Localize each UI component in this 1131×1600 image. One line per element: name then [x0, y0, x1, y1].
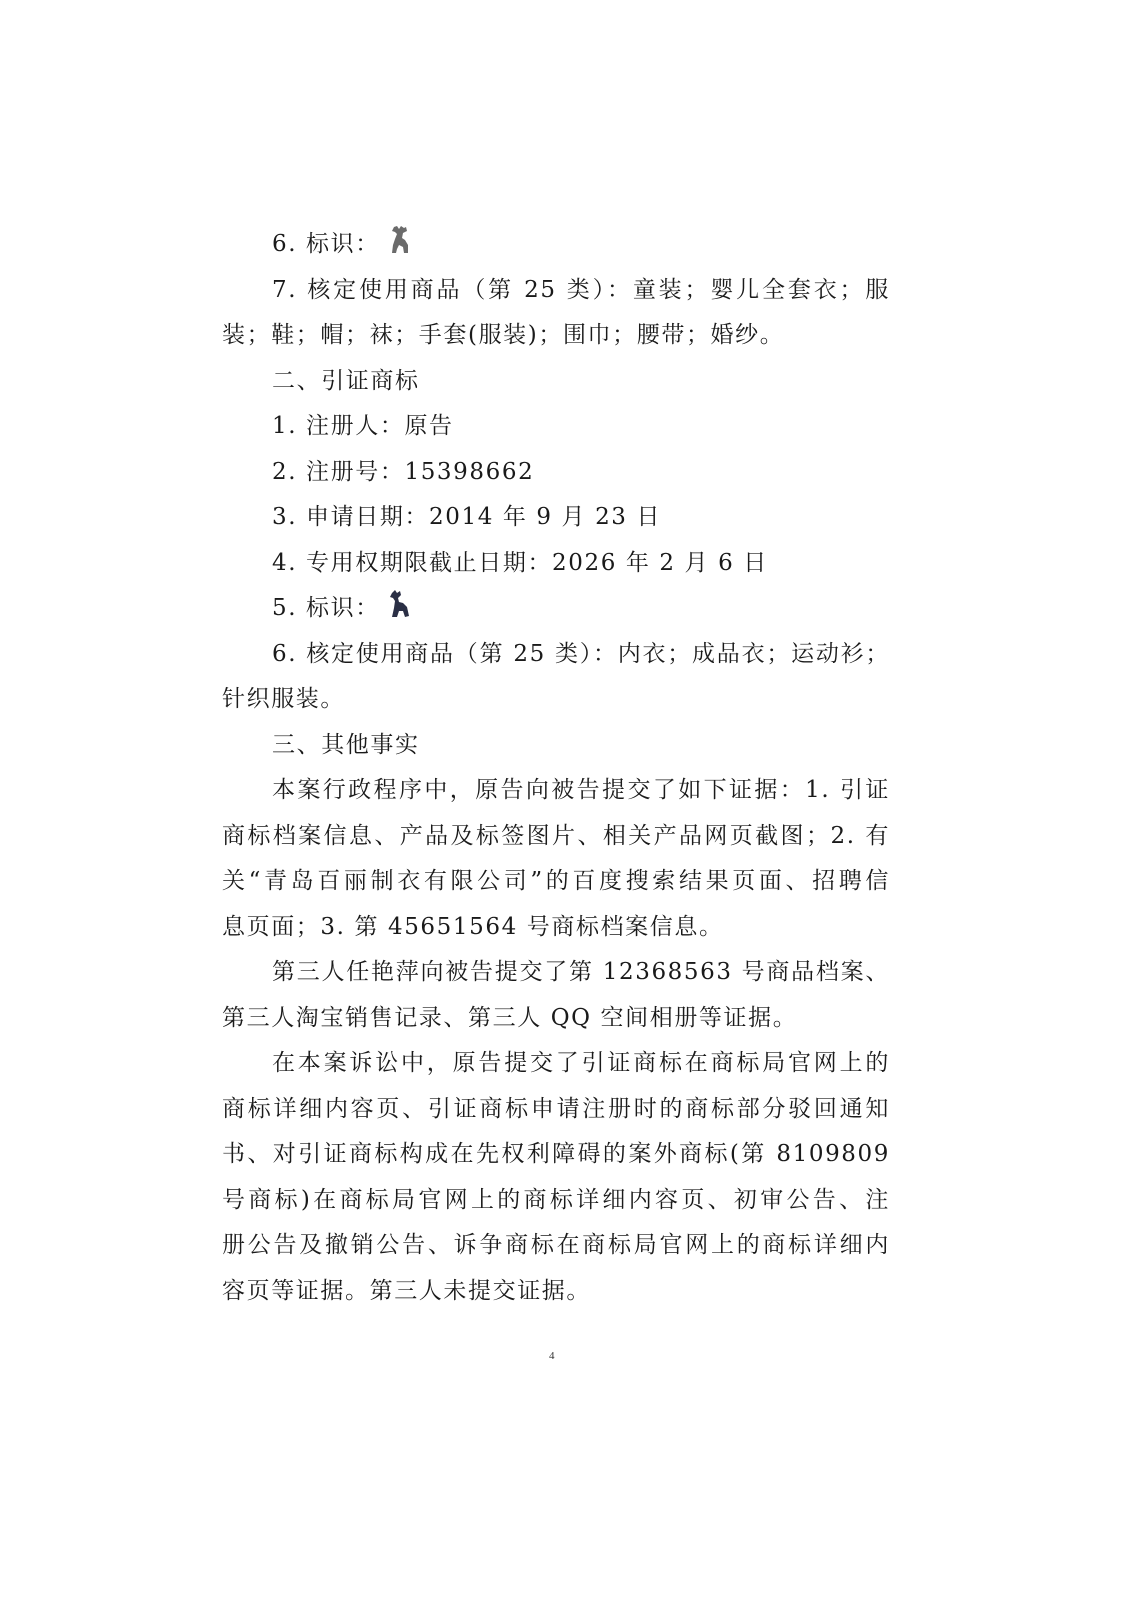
application-date: 3. 申请日期：2014 年 9 月 23 日	[222, 495, 890, 541]
giraffe-logo-icon	[386, 589, 412, 619]
paragraph-line: 商标详细内容页、引证商标申请注册时的商标部分驳回通知	[222, 1087, 890, 1133]
cited-trademark-logo-line: 5. 标识：	[222, 586, 890, 632]
section-heading-cited-trademark: 二、引证商标	[222, 359, 890, 405]
document-page: 6. 标识： 7. 核定使用商品（第 25 类）：童装；婴儿全套衣；服 装；鞋；…	[222, 222, 890, 1314]
registration-number: 2. 注册号：15398662	[222, 450, 890, 496]
paragraph-line: 关“青岛百丽制衣有限公司”的百度搜索结果页面、招聘信	[222, 859, 890, 905]
paragraph-line: 在本案诉讼中，原告提交了引证商标在商标局官网上的	[222, 1041, 890, 1087]
cited-approved-goods-line-2: 针织服装。	[222, 677, 890, 723]
trademark-logo-line: 6. 标识：	[222, 222, 890, 268]
paragraph-line: 第三人淘宝销售记录、第三人 QQ 空间相册等证据。	[222, 996, 890, 1042]
paragraph-line: 息页面；3. 第 45651564 号商标档案信息。	[222, 905, 890, 951]
paragraph-line: 商标档案信息、产品及标签图片、相关产品网页截图；2. 有	[222, 814, 890, 860]
section-heading-other-facts: 三、其他事实	[222, 723, 890, 769]
page-number: 4	[549, 1350, 555, 1362]
giraffe-logo-icon	[386, 225, 412, 255]
paragraph-line: 册公告及撤销公告、诉争商标在商标局官网上的商标详细内	[222, 1223, 890, 1269]
approved-goods-line-1: 7. 核定使用商品（第 25 类）：童装；婴儿全套衣；服	[222, 268, 890, 314]
paragraph-line: 第三人任艳萍向被告提交了第 12368563 号商品档案、	[222, 950, 890, 996]
cited-approved-goods-line-1: 6. 核定使用商品（第 25 类）：内衣；成品衣；运动衫；	[222, 632, 890, 678]
item-label: 5. 标识：	[272, 595, 380, 621]
item-label: 6. 标识：	[272, 231, 380, 257]
approved-goods-line-2: 装；鞋；帽；袜；手套(服装)；围巾；腰带；婚纱。	[222, 313, 890, 359]
paragraph-line: 书、对引证商标构成在先权利障碍的案外商标(第 8109809	[222, 1132, 890, 1178]
paragraph-line: 本案行政程序中，原告向被告提交了如下证据：1. 引证	[222, 768, 890, 814]
paragraph-line: 号商标)在商标局官网上的商标详细内容页、初审公告、注	[222, 1178, 890, 1224]
registrant: 1. 注册人：原告	[222, 404, 890, 450]
paragraph-line: 容页等证据。第三人未提交证据。	[222, 1269, 890, 1315]
expiry-date: 4. 专用权期限截止日期：2026 年 2 月 6 日	[222, 541, 890, 587]
